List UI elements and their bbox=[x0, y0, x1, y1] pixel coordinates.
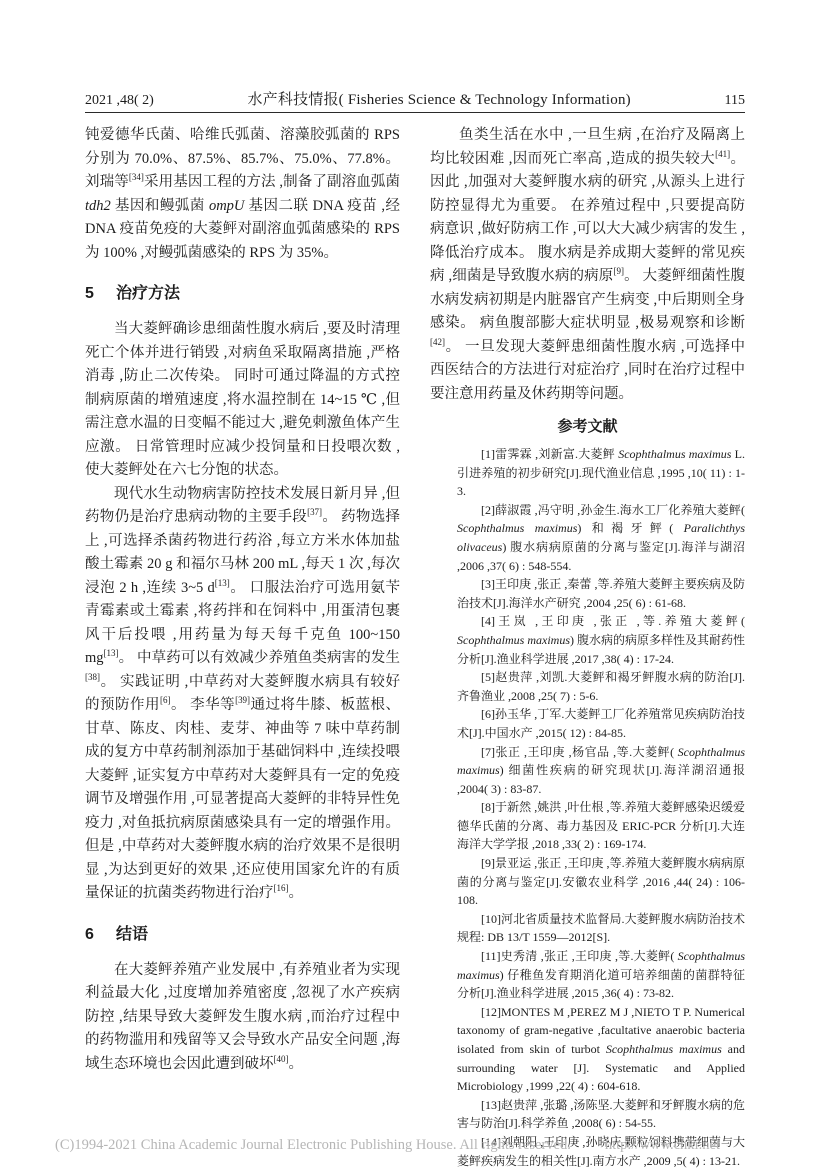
journal-page: 2021 ,48( 2) 水产科技情报( Fisheries Science &… bbox=[0, 0, 827, 1170]
reference-text: 于新然 ,姚洪 ,叶仕根 ,等.养殖大菱鲆感染迟缓爱德华氏菌的分离、毒力基因及 … bbox=[457, 800, 745, 851]
page-header: 2021 ,48( 2) 水产科技情报( Fisheries Science &… bbox=[85, 88, 745, 109]
reference-item: [5]赵贵萍 ,刘凯.大菱鲆和褐牙鲆腹水病的防治[J].齐鲁渔业 ,2008 ,… bbox=[430, 668, 745, 705]
reference-label: [4] bbox=[481, 614, 495, 628]
references-list: [1]雷霁霖 ,刘新富.大菱鲆 Scophthalmus maximus L.引… bbox=[430, 445, 745, 1170]
reference-item: [7]张正 ,王印庚 ,杨官品 ,等.大菱鲆( Scophthalmus max… bbox=[430, 743, 745, 799]
section-6-heading: 6 结语 bbox=[85, 924, 400, 946]
reference-label: [6] bbox=[481, 707, 495, 721]
section-5-paragraph: 当大菱鲆确诊患细菌性腹水病后 ,要及时清理死亡个体并进行销毁 ,对病鱼采取隔离措… bbox=[85, 318, 400, 483]
reference-item: [13]赵贵萍 ,张璐 ,汤陈坚.大菱鲆和牙鲆腹水病的危害与防治[J].科学养鱼… bbox=[430, 1096, 745, 1133]
cnki-url: http://www.cnki.net bbox=[605, 1137, 720, 1153]
copyright-text: (C)1994-2021 China Academic Journal Elec… bbox=[55, 1137, 571, 1153]
reference-item: [2]薛淑霞 ,冯守明 ,孙金生.海水工厂化养殖大菱鲆( Scophthalmu… bbox=[430, 501, 745, 575]
reference-text: 王印庚 ,张正 ,秦蕾 ,等.养殖大菱鲆主要疾病及防治技术[J].海洋水产研究 … bbox=[457, 577, 745, 610]
reference-text: 薛淑霞 ,冯守明 ,孙金生.海水工厂化养殖大菱鲆( Scophthalmus m… bbox=[457, 503, 745, 573]
reference-item: [9]景亚运 ,张正 ,王印庚 ,等.养殖大菱鲆腹水病病原菌的分离与鉴定[J].… bbox=[430, 854, 745, 910]
reference-label: [13] bbox=[481, 1098, 501, 1112]
reference-text: 景亚运 ,张正 ,王印庚 ,等.养殖大菱鲆腹水病病原菌的分离与鉴定[J].安徽农… bbox=[457, 856, 745, 907]
reference-item: [8]于新然 ,姚洪 ,叶仕根 ,等.养殖大菱鲆感染迟缓爱德华氏菌的分离、毒力基… bbox=[430, 798, 745, 854]
reference-label: [9] bbox=[481, 856, 495, 870]
left-column: 钝爱德华氏菌、哈维氏弧菌、溶藻胶弧菌的 RPS 分别为 70.0%、87.5%、… bbox=[85, 124, 400, 1170]
reference-label: [5] bbox=[481, 670, 495, 684]
reference-item: [10]河北省质量技术监督局.大菱鲆腹水病防治技术规程: DB 13/T 155… bbox=[430, 910, 745, 947]
reference-item: [3]王印庚 ,张正 ,秦蕾 ,等.养殖大菱鲆主要疾病及防治技术[J].海洋水产… bbox=[430, 575, 745, 612]
section-5-paragraph: 现代水生动物病害防控技术发展日新月异 ,但药物仍是治疗患病动物的主要手段[37]… bbox=[85, 483, 400, 906]
section-5-heading: 5 治疗方法 bbox=[85, 283, 400, 305]
reference-label: [10] bbox=[481, 912, 501, 926]
intro-continuation-paragraph: 钝爱德华氏菌、哈维氏弧菌、溶藻胶弧菌的 RPS 分别为 70.0%、87.5%、… bbox=[85, 124, 400, 265]
reference-label: [3] bbox=[481, 577, 495, 591]
reference-label: [8] bbox=[481, 800, 495, 814]
reference-label: [11] bbox=[481, 949, 501, 963]
reference-text: MONTES M ,PEREZ M J ,NIETO T P. Numerica… bbox=[457, 1005, 745, 1093]
reference-text: 雷霁霖 ,刘新富.大菱鲆 Scophthalmus maximus L.引进养殖… bbox=[457, 447, 745, 498]
reference-text: 河北省质量技术监督局.大菱鲆腹水病防治技术规程: DB 13/T 1559—20… bbox=[457, 912, 745, 945]
reference-label: [1] bbox=[481, 447, 495, 461]
section-6-title: 结语 bbox=[116, 926, 148, 943]
page-number: 115 bbox=[725, 93, 745, 109]
conclusion-continuation-paragraph: 鱼类生活在水中 ,一旦生病 ,在治疗及隔离上均比较困难 ,因而死亡率高 ,造成的… bbox=[430, 124, 745, 406]
header-divider bbox=[85, 112, 745, 113]
issue-info: 2021 ,48( 2) bbox=[85, 93, 154, 109]
reference-text: 王岚 ,王印庚 ,张正 ,等.养殖大菱鲆( Scophthalmus maxim… bbox=[457, 614, 745, 665]
reference-item: [12]MONTES M ,PEREZ M J ,NIETO T P. Nume… bbox=[430, 1003, 745, 1096]
right-column: 鱼类生活在水中 ,一旦生病 ,在治疗及隔离上均比较困难 ,因而死亡率高 ,造成的… bbox=[430, 124, 745, 1170]
section-6-number: 6 bbox=[85, 926, 94, 943]
reference-item: [1]雷霁霖 ,刘新富.大菱鲆 Scophthalmus maximus L.引… bbox=[430, 445, 745, 501]
reference-text: 张正 ,王印庚 ,杨官品 ,等.大菱鲆( Scophthalmus maximu… bbox=[457, 745, 745, 796]
reference-item: [6]孙玉华 ,丁军.大菱鲆工厂化养殖常见疾病防治技术[J].中国水产 ,201… bbox=[430, 705, 745, 742]
journal-title: 水产科技情报( Fisheries Science & Technology I… bbox=[247, 88, 630, 109]
section-5-number: 5 bbox=[85, 285, 94, 302]
reference-label: [12] bbox=[481, 1005, 501, 1019]
section-6-paragraph: 在大菱鲆养殖产业发展中 ,有养殖业者为实现利益最大化 ,过度增加养殖密度 ,忽视… bbox=[85, 959, 400, 1077]
reference-item: [11]史秀清 ,张正 ,王印庚 ,等.大菱鲆( Scophthalmus ma… bbox=[430, 947, 745, 1003]
reference-text: 赵贵萍 ,刘凯.大菱鲆和褐牙鲆腹水病的防治[J].齐鲁渔业 ,2008 ,25(… bbox=[457, 670, 745, 703]
references-heading: 参考文献 bbox=[430, 416, 745, 438]
section-5-title: 治疗方法 bbox=[116, 285, 180, 302]
reference-item: [4]王岚 ,王印庚 ,张正 ,等.养殖大菱鲆( Scophthalmus ma… bbox=[430, 612, 745, 668]
content-columns: 钝爱德华氏菌、哈维氏弧菌、溶藻胶弧菌的 RPS 分别为 70.0%、87.5%、… bbox=[85, 124, 745, 1170]
reference-label: [7] bbox=[481, 745, 495, 759]
reference-label: [2] bbox=[481, 503, 495, 517]
page-footer: (C)1994-2021 China Academic Journal Elec… bbox=[55, 1136, 795, 1154]
reference-text: 孙玉华 ,丁军.大菱鲆工厂化养殖常见疾病防治技术[J].中国水产 ,2015( … bbox=[457, 707, 745, 740]
reference-text: 赵贵萍 ,张璐 ,汤陈坚.大菱鲆和牙鲆腹水病的危害与防治[J].科学养鱼 ,20… bbox=[457, 1098, 745, 1131]
reference-text: 史秀清 ,张正 ,王印庚 ,等.大菱鲆( Scophthalmus maximu… bbox=[457, 949, 745, 1000]
